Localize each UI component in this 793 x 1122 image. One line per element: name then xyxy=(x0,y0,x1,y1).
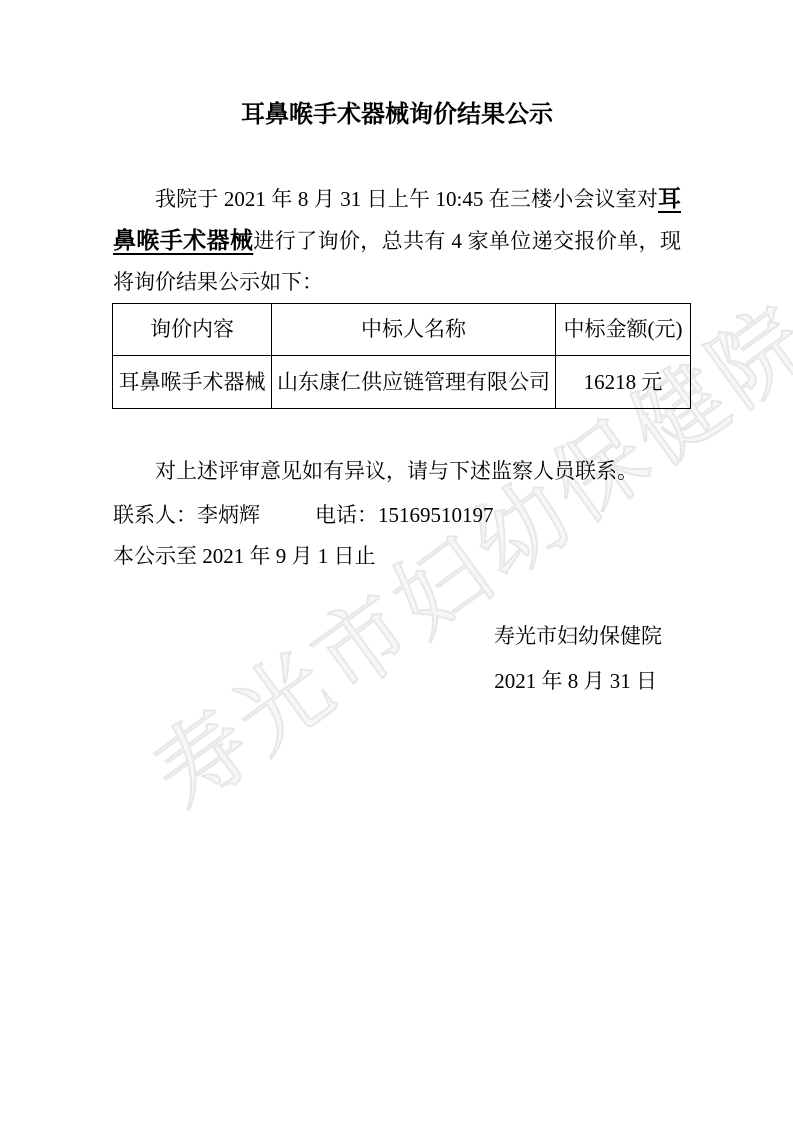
document-content: 耳鼻喉手术器械询价结果公示 我院于 2021 年 8 月 31 日上午 10:4… xyxy=(0,0,793,702)
col-header-winning-amount: 中标金额(元) xyxy=(556,304,691,356)
col-header-winner-name: 中标人名称 xyxy=(272,304,556,356)
contact-person-label: 联系人： xyxy=(113,503,197,527)
objection-notice: 对上述评审意见如有异议，请与下述监察人员联系。 xyxy=(113,451,681,492)
table-row: 耳鼻喉手术器械 山东康仁供应链管理有限公司 16218 元 xyxy=(113,356,691,409)
cell-winning-amount: 16218 元 xyxy=(556,356,691,409)
intro-paragraph: 我院于 2021 年 8 月 31 日上午 10:45 在三楼小会议室对耳鼻喉手… xyxy=(113,178,681,303)
document-title: 耳鼻喉手术器械询价结果公示 xyxy=(113,100,681,130)
contact-phone-label: 电话： xyxy=(315,503,378,527)
intro-text-prefix: 我院于 2021 年 8 月 31 日上午 10:45 在三楼小会议室对 xyxy=(155,187,658,211)
cell-inquiry-content: 耳鼻喉手术器械 xyxy=(113,356,272,409)
inquiry-result-table: 询价内容 中标人名称 中标金额(元) 耳鼻喉手术器械 山东康仁供应链管理有限公司… xyxy=(112,303,691,409)
contact-line: 联系人：李炳辉电话：15169510197 xyxy=(113,495,681,536)
signature-organization: 寿光市妇幼保健院 xyxy=(113,616,681,657)
table-header-row: 询价内容 中标人名称 中标金额(元) xyxy=(113,304,691,356)
cell-winner-name: 山东康仁供应链管理有限公司 xyxy=(272,356,556,409)
contact-phone-number: 15169510197 xyxy=(378,503,494,527)
signature-block: 寿光市妇幼保健院 2021 年 8 月 31 日 xyxy=(113,616,681,702)
validity-period-line: 本公示至 2021 年 9 月 1 日止 xyxy=(113,536,681,577)
document-page: 寿光市妇幼保健院 耳鼻喉手术器械询价结果公示 我院于 2021 年 8 月 31… xyxy=(0,0,793,1122)
col-header-inquiry-content: 询价内容 xyxy=(113,304,272,356)
signature-date: 2021 年 8 月 31 日 xyxy=(113,661,681,702)
contact-person-name: 李炳辉 xyxy=(197,503,260,527)
document-body: 我院于 2021 年 8 月 31 日上午 10:45 在三楼小会议室对耳鼻喉手… xyxy=(113,178,681,702)
